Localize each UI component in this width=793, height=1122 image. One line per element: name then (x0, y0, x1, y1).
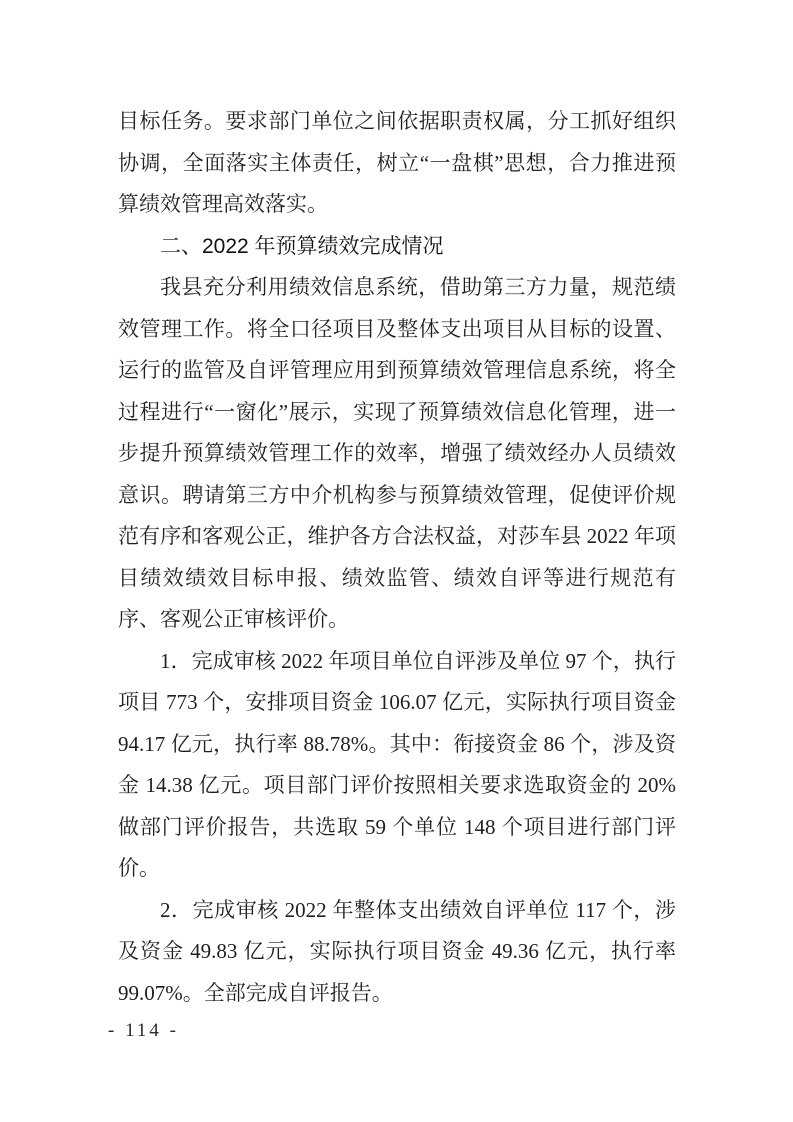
document-body: 目标任务。要求部门单位之间依据职责权属，分工抓好组织协调，全面落实主体责任，树立… (118, 101, 676, 1014)
page-number: - 114 - (108, 1017, 179, 1045)
paragraph-item-1: 1．完成审核 2022 年项目单位自评涉及单位 97 个，执行项目 773 个，… (118, 641, 676, 890)
paragraph-overview: 我县充分利用绩效信息系统，借助第三方力量，规范绩效管理工作。将全口径项目及整体支… (118, 267, 676, 641)
paragraph-item-2: 2．完成审核 2022 年整体支出绩效自评单位 117 个，涉及资金 49.83… (118, 890, 676, 1015)
document-page: 目标任务。要求部门单位之间依据职责权属，分工抓好组织协调，全面落实主体责任，树立… (0, 0, 793, 1122)
paragraph-continuation: 目标任务。要求部门单位之间依据职责权属，分工抓好组织协调，全面落实主体责任，树立… (118, 101, 676, 226)
section-heading: 二、2022 年预算绩效完成情况 (118, 226, 676, 268)
